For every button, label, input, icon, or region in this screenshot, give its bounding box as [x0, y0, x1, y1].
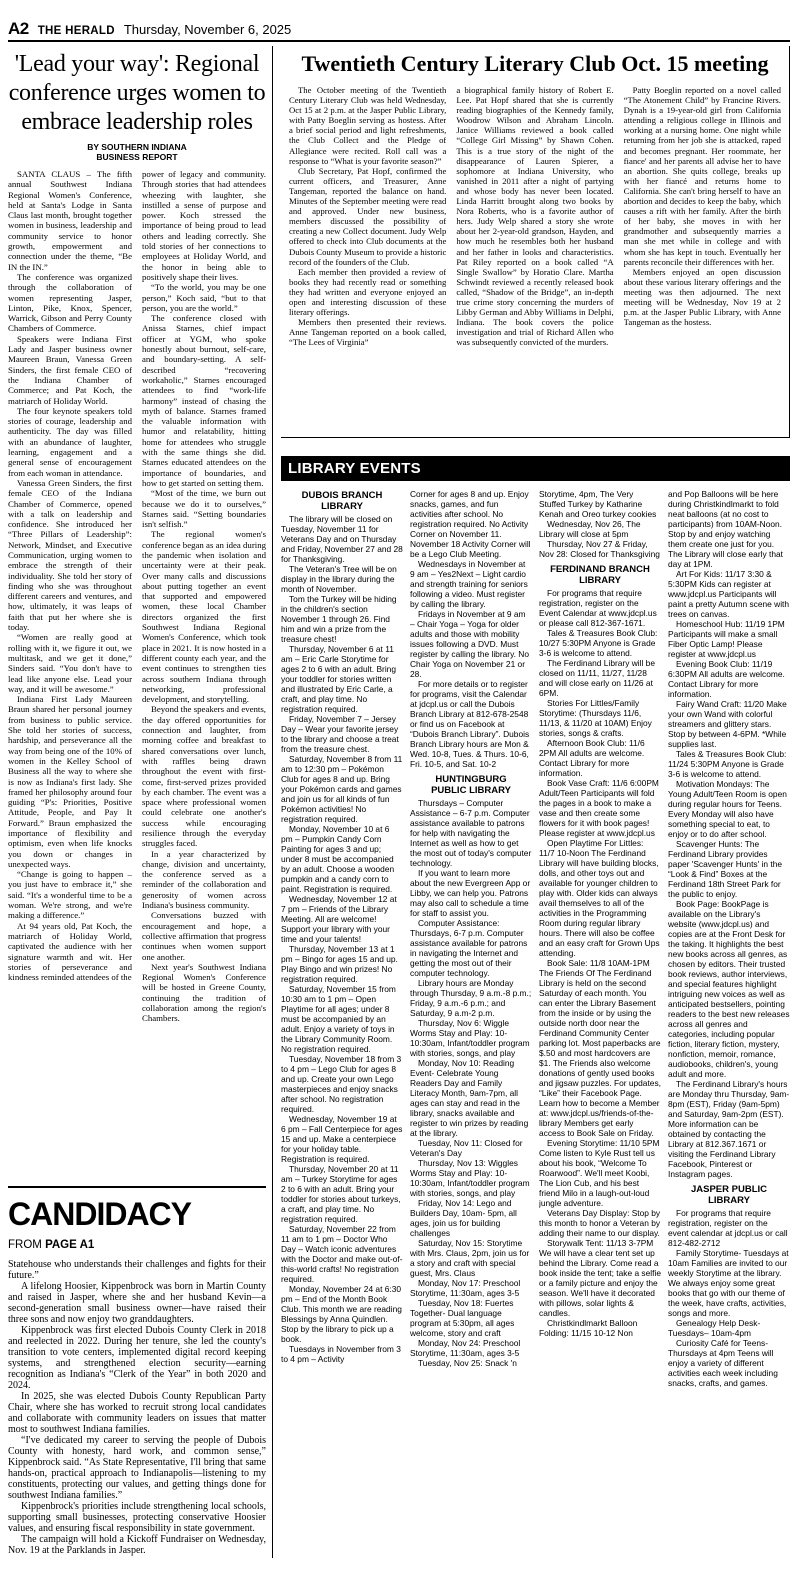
- paragraph: Storywalk Tent: 11/13 3-7PM We will have…: [539, 1238, 661, 1318]
- paragraph: Evening Book Club: 11/19 6:30PM All adul…: [668, 659, 790, 699]
- paragraph: Wednesday, November 19 at 6 pm – Fall Ce…: [281, 1114, 403, 1164]
- paragraph: Tales & Treasures Book Club: 11/24 5:30P…: [668, 749, 790, 779]
- lead-article-headline: 'Lead your way': Regional conference urg…: [8, 50, 266, 137]
- byline-line-2: BUSINESS REPORT: [8, 152, 266, 162]
- paragraph: Saturday, November 22 from 11 am to 1 pm…: [281, 1224, 403, 1284]
- lead-article-body: SANTA CLAUS – The fifth annual Southwest…: [8, 169, 266, 1177]
- paragraph: Thursday, November 6 at 11 am – Eric Car…: [281, 644, 403, 714]
- paragraph: Library hours are Monday through Thursda…: [410, 978, 532, 1018]
- paragraph: The four keynote speakers told stories o…: [8, 406, 132, 478]
- byline-line-1: BY SOUTHERN INDIANA: [8, 142, 266, 152]
- paragraph: Tuesdays in November from 3 to 4 pm – Ac…: [281, 1344, 403, 1364]
- paragraph: Book Vase Craft: 11/6 6:00PM Adult/Teen …: [539, 778, 661, 838]
- candidacy-body: Statehouse who understands their challen…: [8, 1259, 266, 1556]
- paragraph: The campaign will hold a Kickoff Fundrai…: [8, 1534, 266, 1556]
- paragraph: A lifelong Hoosier, Kippenbrock was born…: [8, 1281, 266, 1325]
- paragraph: Monday, November 24 at 6:30 pm – End of …: [281, 1284, 403, 1344]
- paragraph: Members enjoyed an open discussion about…: [624, 267, 781, 328]
- library-column-1: DUBOIS BRANCH LIBRARYThe library will be…: [281, 489, 403, 1569]
- paragraph: Thursday, November 13 at 1 pm – Bingo fo…: [281, 944, 403, 984]
- paragraph: “Change is going to happen – you just ha…: [8, 869, 132, 920]
- library-name-heading: HUNTINGBURG PUBLIC LIBRARY: [419, 774, 523, 796]
- paragraph: Wednesday, November 12 at 7 pm – Friends…: [281, 894, 403, 944]
- paragraph: The October meeting of the Twentieth Cen…: [289, 85, 446, 166]
- paragraph: Scavenger Hunts: The Ferdinand Library p…: [668, 839, 790, 899]
- paragraph: At 94 years old, Pat Koch, the matriarch…: [8, 921, 132, 983]
- paragraph: If you want to learn more about the new …: [410, 868, 532, 918]
- paragraph: Curiosity Café for Teens- Thursdays at 4…: [668, 1338, 790, 1388]
- paragraph: Friday, November 7 – Jersey Day – Wear y…: [281, 714, 403, 754]
- paragraph: Thursday, Nov 6: Wiggle Worms Stay and P…: [410, 1018, 532, 1058]
- issue-date: Thursday, November 6, 2025: [124, 22, 291, 37]
- paragraph: a biographical family history of Robert …: [456, 85, 613, 347]
- paragraph: Book Page: BookPage is available on the …: [668, 899, 790, 1079]
- library-events-body: DUBOIS BRANCH LIBRARYThe library will be…: [281, 489, 790, 1569]
- library-events-header-bar: LIBRARY EVENTS: [281, 456, 790, 481]
- paragraph: Monday, Nov 10: Reading Event- Celebrate…: [410, 1058, 532, 1138]
- lead-article-column-1: SANTA CLAUS – The fifth annual Southwest…: [8, 169, 132, 1177]
- paragraph: Indiana First Lady Maureen Braun shared …: [8, 694, 132, 869]
- masthead-title: THE HERALD: [38, 25, 115, 37]
- library-events-title: LIBRARY EVENTS: [288, 460, 421, 477]
- library-name-heading: DUBOIS BRANCH LIBRARY: [290, 490, 394, 512]
- paragraph: Speakers were Indiana First Lady and Jas…: [8, 334, 132, 406]
- paragraph: Tales & Treasures Book Club: 10/27 5:30P…: [539, 628, 661, 658]
- paragraph: The regional women's conference began as…: [142, 529, 266, 704]
- paragraph: Christkindlmarkt Balloon Folding: 11/15 …: [539, 1318, 661, 1338]
- paragraph: Tuesday, Nov 25: Snack 'n: [410, 1358, 532, 1368]
- paragraph: Thursdays – Computer Assistance – 6-7 p.…: [410, 798, 532, 868]
- paragraph: Computer Assistance: Thursdays, 6-7 p.m.…: [410, 918, 532, 978]
- paragraph: Art For Kids: 11/17 3:30 & 5:30PM Kids c…: [668, 569, 790, 619]
- library-column-2: Corner for ages 8 and up. Enjoy snacks, …: [410, 489, 532, 1569]
- paragraph: For more details or to register for prog…: [410, 679, 532, 769]
- paragraph: Each member then provided a review of bo…: [289, 267, 446, 317]
- paragraph: Wednesday, Nov 26, The Library will clos…: [539, 519, 661, 539]
- paragraph: Monday, November 10 at 6 pm – Pumpkin Ca…: [281, 824, 403, 894]
- paragraph: The conference closed with Anissa Starne…: [142, 313, 266, 488]
- paragraph: Monday, Nov 24: Preschool Storytime, 11:…: [410, 1338, 532, 1358]
- paragraph: Next year's Southwest Indiana Regional W…: [142, 962, 266, 1024]
- candidacy-continuation-line: FROM PAGE A1: [8, 1239, 266, 1251]
- paragraph: Book Sale: 11/8 10AM-1PM The Friends Of …: [539, 958, 661, 1138]
- paragraph: The conference was organized through the…: [8, 272, 132, 334]
- paragraph: Wednesdays in November at 9 am – Yes2Nex…: [410, 559, 532, 609]
- paragraph: Motivation Mondays: The Young Adult/Teen…: [668, 779, 790, 839]
- page-header: A2 THE HERALD Thursday, November 6, 2025: [8, 19, 291, 39]
- candidacy-article: CANDIDACY FROM PAGE A1 Statehouse who un…: [8, 1186, 266, 1566]
- paragraph: Storytime, 4pm, The Very Stuffed Turkey …: [539, 489, 661, 519]
- literary-column-2: a biographical family history of Robert …: [456, 85, 613, 417]
- lead-article: 'Lead your way': Regional conference urg…: [8, 48, 266, 1178]
- paragraph: Evening Storytime: 11/10 5PM Come listen…: [539, 1138, 661, 1208]
- from-page-ref: PAGE A1: [45, 1239, 94, 1251]
- paragraph: The Veteran's Tree will be on display in…: [281, 564, 403, 594]
- paragraph: For programs that require registration, …: [539, 588, 661, 628]
- from-prefix: FROM: [8, 1239, 45, 1251]
- column-divider-rule: [272, 46, 273, 1558]
- paragraph: Fridays in November at 9 am – Chair Yoga…: [410, 609, 532, 679]
- paragraph: Members then presented their reviews. An…: [289, 317, 446, 347]
- lead-article-byline: BY SOUTHERN INDIANA BUSINESS REPORT: [8, 142, 266, 162]
- paragraph: The Ferdinand Library's hours are Monday…: [668, 1079, 790, 1179]
- library-name-heading: JASPER PUBLIC LIBRARY: [677, 1184, 781, 1206]
- paragraph: “Most of the time, we burn out because w…: [142, 488, 266, 529]
- paragraph: In 2025, she was elected Dubois County R…: [8, 1391, 266, 1435]
- library-column-3: Storytime, 4pm, The Very Stuffed Turkey …: [539, 489, 661, 1569]
- literary-column-3: Patty Boeglin reported on a novel called…: [624, 85, 781, 417]
- paragraph: “I've dedicated my career to serving the…: [8, 1435, 266, 1501]
- paragraph: Patty Boeglin reported on a novel called…: [624, 85, 781, 267]
- paragraph: Tom the Turkey will be hiding in the chi…: [281, 594, 403, 644]
- paragraph: SANTA CLAUS – The fifth annual Southwest…: [8, 169, 132, 272]
- candidacy-headline: CANDIDACY: [8, 1197, 266, 1231]
- paragraph: Conversations buzzed with encouragement …: [142, 910, 266, 961]
- paragraph: Thursday, Nov 27 & Friday, Nov 28: Close…: [539, 539, 661, 559]
- newspaper-page: A2 THE HERALD Thursday, November 6, 2025…: [0, 0, 792, 1584]
- paragraph: Thursday, November 20 at 11 am – Turkey …: [281, 1164, 403, 1224]
- paragraph: Statehouse who understands their challen…: [8, 1259, 266, 1281]
- page-number: A2: [8, 19, 29, 39]
- paragraph: Open Playtime For Littles: 11/7 10-Noon …: [539, 838, 661, 958]
- paragraph: In a year characterized by change, divis…: [142, 849, 266, 911]
- paragraph: Family Storytime- Tuesdays at 10am Famil…: [668, 1248, 790, 1318]
- paragraph: Club Secretary, Pat Hopf, confirmed the …: [289, 166, 446, 267]
- literary-article-body: The October meeting of the Twentieth Cen…: [289, 85, 781, 417]
- literary-column-1: The October meeting of the Twentieth Cen…: [289, 85, 446, 417]
- paragraph: “To the world, you may be one person,” K…: [142, 282, 266, 313]
- paragraph: Thursday, Nov 13: Wiggles Worms Stay and…: [410, 1158, 532, 1198]
- header-rule: [8, 40, 790, 42]
- paragraph: Tuesday, Nov 18: Fuertes Together- Dual …: [410, 1298, 532, 1338]
- paragraph: “Women are really good at rolling with i…: [8, 632, 132, 694]
- library-name-heading: FERDINAND BRANCH LIBRARY: [548, 564, 652, 586]
- paragraph: Stories For Littles/Family Storytime: (T…: [539, 698, 661, 738]
- paragraph: Saturday, November 15 from 10:30 am to 1…: [281, 984, 403, 1054]
- paragraph: Vanessa Green Sinders, the first female …: [8, 478, 132, 632]
- paragraph: Kippenbrock was first elected Dubois Cou…: [8, 1325, 266, 1391]
- library-column-4: and Pop Balloons will be here during Chr…: [668, 489, 790, 1569]
- paragraph: Saturday, Nov 15: Storytime with Mrs. Cl…: [410, 1238, 532, 1278]
- paragraph: Kippenbrock's priorities include strengt…: [8, 1501, 266, 1534]
- paragraph: Fairy Wand Craft: 11/20 Make your own Wa…: [668, 699, 790, 749]
- paragraph: The library will be closed on Tuesday, N…: [281, 514, 403, 564]
- paragraph: Afternoon Book Club: 11/6 2PM All adults…: [539, 738, 661, 778]
- lead-article-column-2: power of legacy and community. Through s…: [142, 169, 266, 1177]
- paragraph: Monday, Nov 17: Preschool Storytime, 11:…: [410, 1278, 532, 1298]
- candidacy-top-rule: [8, 1186, 266, 1188]
- paragraph: Beyond the speakers and events, the day …: [142, 704, 266, 848]
- paragraph: Genealogy Help Desk- Tuesdays– 10am-4pm: [668, 1318, 790, 1338]
- paragraph: Homeschool Hub: 11/19 1PM Participants w…: [668, 619, 790, 659]
- paragraph: power of legacy and community. Through s…: [142, 169, 266, 282]
- paragraph: Friday, Nov 14: Lego and Builders Day, 1…: [410, 1198, 532, 1238]
- literary-article-headline: Twentieth Century Literary Club Oct. 15 …: [289, 52, 781, 76]
- paragraph: Veterans Day Display: Stop by this month…: [539, 1208, 661, 1238]
- paragraph: Tuesday, November 18 from 3 to 4 pm – Le…: [281, 1054, 403, 1114]
- literary-club-article: Twentieth Century Literary Club Oct. 15 …: [281, 46, 790, 438]
- paragraph: For programs that require registration, …: [668, 1208, 790, 1248]
- paragraph: Corner for ages 8 and up. Enjoy snacks, …: [410, 489, 532, 559]
- library-events-section: LIBRARY EVENTS DUBOIS BRANCH LIBRARYThe …: [281, 456, 790, 1574]
- paragraph: Saturday, November 8 from 11 am to 12:30…: [281, 754, 403, 824]
- paragraph: and Pop Balloons will be here during Chr…: [668, 489, 790, 569]
- paragraph: The Ferdinand Library will be closed on …: [539, 658, 661, 698]
- paragraph: Tuesday, Nov 11: Closed for Veteran's Da…: [410, 1138, 532, 1158]
